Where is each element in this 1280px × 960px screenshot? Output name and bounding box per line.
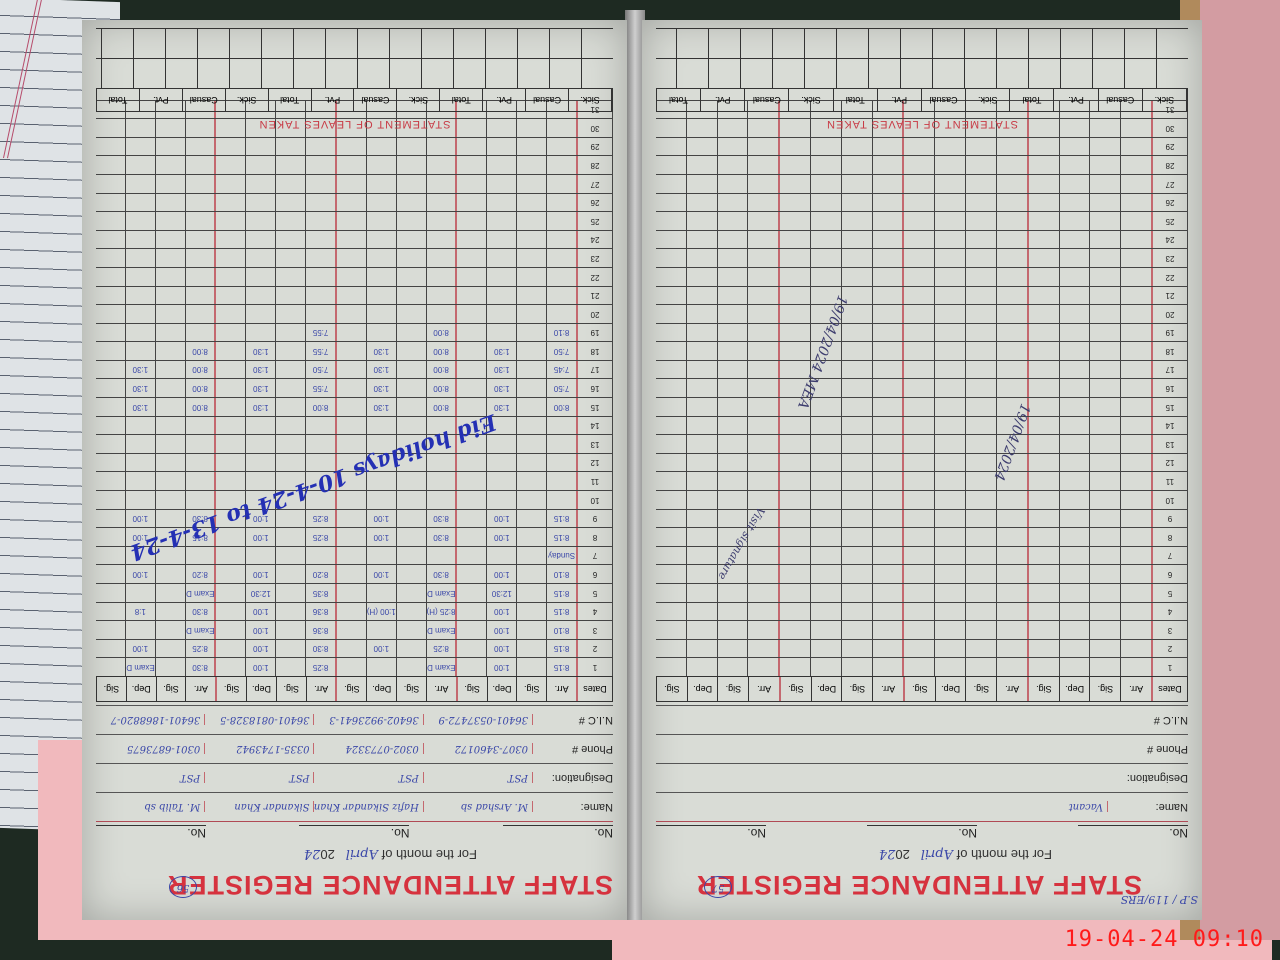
attendance-cell: [126, 491, 156, 509]
attendance-cell: [873, 361, 905, 379]
attendance-cell: [1060, 491, 1091, 509]
register-title: STAFF ATTENDANCE REGISTER: [167, 869, 613, 900]
attendance-cell: [1060, 584, 1091, 602]
attendance-cell: [306, 268, 337, 286]
month-value: April: [921, 846, 953, 861]
attendance-cell: [397, 398, 427, 416]
attendance-cell: [397, 156, 427, 174]
attendance-cell: [397, 640, 427, 658]
attendance-cell: [656, 138, 687, 156]
attendance-cell: [126, 156, 156, 174]
sig-header: Sig.: [458, 677, 488, 701]
table-row: 27: [96, 174, 613, 193]
attendance-cell: 7:55: [306, 380, 337, 398]
attendance-cell: 1:00: [367, 510, 397, 528]
attendance-cell: [458, 268, 488, 286]
attendance-cell: [656, 491, 687, 509]
attendance-cell: 8:00: [186, 380, 217, 398]
attendance-cell: [811, 156, 842, 174]
attendance-cell: [687, 380, 718, 398]
attendance-cell: [780, 528, 811, 546]
table-row: 26: [96, 193, 613, 212]
attendance-cell: 8:00: [186, 361, 217, 379]
attendance-cell: [126, 305, 156, 323]
attendance-cell: [811, 268, 842, 286]
attendance-cell: [246, 156, 276, 174]
register-title: STAFF ATTENDANCE REGISTER: [696, 869, 1142, 900]
attendance-cell: [276, 565, 306, 583]
attendance-cell: [1090, 584, 1121, 602]
attendance-cell: [246, 249, 276, 267]
attendance-cell: [997, 212, 1029, 230]
table-row: 29: [656, 137, 1188, 156]
attendance-cell: 8:00: [427, 361, 458, 379]
attendance-cell: [997, 603, 1029, 621]
date-cell: 21: [1153, 287, 1188, 305]
attendance-cell: [1121, 435, 1153, 453]
attendance-cell: [337, 603, 367, 621]
attendance-cell: [748, 584, 780, 602]
attendance-cell: [811, 658, 842, 676]
attendance-cell: [96, 435, 126, 453]
attendance-cell: [156, 175, 186, 193]
date-cell: 1: [1153, 658, 1188, 676]
attendance-cell: [1029, 305, 1060, 323]
attendance-cell: [217, 342, 247, 360]
attendance-cell: [217, 361, 247, 379]
attendance-cell: [997, 194, 1029, 212]
attendance-cell: Sunday: [547, 547, 578, 565]
attendance-cell: [547, 435, 578, 453]
attendance-cell: [842, 194, 873, 212]
attendance-cell: [1060, 324, 1091, 342]
attendance-cell: [96, 547, 126, 565]
attendance-cell: [1121, 510, 1153, 528]
attendance-cell: [873, 565, 905, 583]
attendance-cell: [96, 621, 126, 639]
attendance-cell: [367, 658, 397, 676]
attendance-cell: [547, 305, 578, 323]
attendance-cell: [780, 156, 811, 174]
attendance-cell: [748, 268, 780, 286]
attendance-cell: [687, 361, 718, 379]
leave-header: Sick.CasualPvt.Total Sick.CasualPvt.Tota…: [96, 88, 613, 112]
grid-header: Dates Arr.Sig.Dep.Sig. Arr.Sig.Dep.Sig. …: [656, 676, 1188, 702]
sig-header: Sig.: [338, 677, 368, 701]
no-label: No.: [96, 825, 206, 840]
attendance-cell: [935, 565, 966, 583]
phone-row: Phone #: [656, 734, 1188, 763]
month-label: For the month of: [957, 847, 1052, 862]
attendance-cell: [156, 287, 186, 305]
table-row: 23: [656, 248, 1188, 267]
attendance-cell: [1090, 603, 1121, 621]
attendance-cell: 1:00: [367, 640, 397, 658]
attendance-cell: [905, 398, 936, 416]
attendance-cell: [842, 324, 873, 342]
date-cell: 22: [1153, 268, 1188, 286]
attendance-cell: [156, 156, 186, 174]
attendance-cell: [873, 435, 905, 453]
dep-header: Dep.: [247, 677, 277, 701]
pvt-header: Pvt.: [701, 89, 745, 111]
attendance-cell: [656, 603, 687, 621]
attendance-cell: [156, 417, 186, 435]
year-value: 24: [879, 846, 896, 861]
table-row: 21: [96, 286, 613, 305]
attendance-cell: 1:30: [126, 380, 156, 398]
attendance-cell: [1090, 175, 1121, 193]
attendance-cell: [337, 491, 367, 509]
attendance-cell: [427, 472, 458, 490]
attendance-cell: [427, 491, 458, 509]
attendance-cell: [905, 491, 936, 509]
date-cell: 23: [1153, 249, 1188, 267]
attendance-cell: [873, 547, 905, 565]
attendance-cell: [306, 138, 337, 156]
attendance-cell: [1060, 454, 1091, 472]
attendance-cell: [905, 565, 936, 583]
attendance-cell: [873, 640, 905, 658]
attendance-cell: 8:30: [427, 528, 458, 546]
attendance-cell: [997, 380, 1029, 398]
attendance-cell: [397, 249, 427, 267]
table-row: 38:101:00Exam Duty8:361:00Exam Duty: [96, 620, 613, 639]
attendance-cell: [397, 361, 427, 379]
sig-header: Sig.: [1091, 677, 1122, 701]
attendance-cell: [276, 454, 306, 472]
month-value: April: [346, 846, 378, 861]
date-cell: 6: [1153, 565, 1188, 583]
arr-header: Arr.: [307, 677, 338, 701]
attendance-cell: [1029, 249, 1060, 267]
attendance-cell: [687, 342, 718, 360]
table-row: 25: [96, 211, 613, 230]
attendance-cell: [842, 361, 873, 379]
attendance-cell: [873, 528, 905, 546]
dep-header: Dep.: [812, 677, 843, 701]
attendance-cell: [96, 287, 126, 305]
attendance-cell: [687, 417, 718, 435]
sick-header: Sick.: [226, 89, 269, 111]
staff-nic: 36401-1868820-7: [96, 715, 205, 726]
attendance-cell: [905, 435, 936, 453]
attendance-cell: [186, 249, 217, 267]
table-row: 20: [656, 304, 1188, 323]
attendance-cell: 1:00 (H): [367, 603, 397, 621]
attendance-cell: [748, 305, 780, 323]
staff-nic: 36401-0818328-5: [205, 715, 314, 726]
date-cell: 13: [578, 435, 613, 453]
casual-header: Casual: [745, 89, 789, 111]
sig-header: Sig.: [967, 677, 998, 701]
attendance-cell: [1060, 268, 1091, 286]
attendance-cell: [156, 305, 186, 323]
attendance-cell: [656, 305, 687, 323]
staff-phone: 0335-1743942: [205, 744, 314, 755]
attendance-cell: 8:35: [306, 584, 337, 602]
attendance-cell: 7:50: [547, 380, 578, 398]
attendance-cell: [246, 417, 276, 435]
attendance-cell: [517, 398, 547, 416]
attendance-cell: [487, 212, 517, 230]
attendance-cell: [246, 175, 276, 193]
attendance-cell: [1029, 435, 1060, 453]
attendance-cell: 1:30: [246, 361, 276, 379]
attendance-cell: [873, 138, 905, 156]
table-row: 13: [656, 434, 1188, 453]
attendance-cell: [246, 305, 276, 323]
attendance-cell: [186, 287, 217, 305]
dep-header: Dep.: [1060, 677, 1091, 701]
no-label: No.: [656, 825, 766, 840]
leave-rows: [96, 28, 613, 88]
attendance-cell: [1121, 584, 1153, 602]
table-row: 22: [656, 267, 1188, 286]
attendance-cell: [1060, 472, 1091, 490]
attendance-cell: [780, 621, 811, 639]
attendance-cell: [997, 305, 1029, 323]
attendance-cell: [687, 658, 718, 676]
attendance-cell: [842, 640, 873, 658]
attendance-cell: 12:30: [246, 584, 276, 602]
attendance-cell: [718, 435, 749, 453]
leave-statement-title: STATEMENT OF LEAVES TAKEN: [642, 118, 1202, 130]
total-header: Total: [1010, 89, 1054, 111]
attendance-cell: [966, 156, 997, 174]
attendance-cell: [276, 287, 306, 305]
attendance-cell: [1090, 472, 1121, 490]
table-row: 15: [656, 397, 1188, 416]
attendance-cell: 1:00: [487, 510, 517, 528]
table-row: 28: [656, 155, 1188, 174]
sig-header: Sig.: [97, 677, 127, 701]
attendance-cell: [367, 212, 397, 230]
date-cell: 14: [1153, 417, 1188, 435]
date-cell: 6: [578, 565, 613, 583]
attendance-cell: [718, 156, 749, 174]
attendance-cell: [427, 249, 458, 267]
attendance-cell: [873, 621, 905, 639]
attendance-cell: [905, 231, 936, 249]
attendance-cell: [997, 268, 1029, 286]
attendance-cell: [780, 565, 811, 583]
attendance-cell: 8:20: [186, 565, 217, 583]
attendance-cell: [748, 380, 780, 398]
attendance-cell: [1090, 510, 1121, 528]
arr-header: Arr.: [427, 677, 458, 701]
attendance-cell: [718, 212, 749, 230]
date-cell: 23: [578, 249, 613, 267]
sig-header: Sig.: [1029, 677, 1060, 701]
attendance-cell: [935, 640, 966, 658]
attendance-cell: [748, 342, 780, 360]
attendance-cell: [337, 231, 367, 249]
attendance-cell: [780, 417, 811, 435]
attendance-cell: [186, 324, 217, 342]
table-row: 28:151:008:251:008:301:008:251:00: [96, 639, 613, 658]
attendance-cell: [1060, 547, 1091, 565]
attendance-cell: [1090, 454, 1121, 472]
attendance-cell: [1060, 249, 1091, 267]
attendance-cell: [997, 621, 1029, 639]
table-row: 24: [96, 230, 613, 249]
table-row: 18:151:00Exam Duty8:251:008:30Exam Duty: [96, 657, 613, 676]
staff-phone: 0301-6873675: [96, 744, 205, 755]
attendance-cell: 8:15: [547, 528, 578, 546]
attendance-cell: [1029, 231, 1060, 249]
attendance-cell: [935, 491, 966, 509]
attendance-cell: [687, 138, 718, 156]
attendance-cell: [966, 324, 997, 342]
attendance-cell: [96, 305, 126, 323]
date-cell: 15: [578, 398, 613, 416]
attendance-cell: [96, 231, 126, 249]
attendance-cell: [337, 324, 367, 342]
attendance-cell: [156, 584, 186, 602]
sig-header: Sig.: [517, 677, 547, 701]
attendance-cell: 8:00: [427, 324, 458, 342]
attendance-cell: 8:15: [547, 584, 578, 602]
attendance-cell: [687, 249, 718, 267]
attendance-cell: [905, 640, 936, 658]
table-row: 48:151:008:25 (H)1:00 (H)8:361:008:301:8: [96, 602, 613, 621]
attendance-cell: [842, 175, 873, 193]
attendance-cell: [186, 305, 217, 323]
attendance-cell: [337, 194, 367, 212]
date-cell: 8: [578, 528, 613, 546]
attendance-cell: [458, 342, 488, 360]
attendance-cell: [718, 138, 749, 156]
attendance-cell: [687, 528, 718, 546]
attendance-cell: 8:30: [186, 603, 217, 621]
attendance-cell: [186, 194, 217, 212]
sig-header: Sig.: [397, 677, 427, 701]
attendance-cell: [935, 138, 966, 156]
attendance-cell: [873, 305, 905, 323]
attendance-cell: [935, 194, 966, 212]
staff-name: Vacant: [995, 802, 1108, 813]
attendance-cell: [1090, 305, 1121, 323]
attendance-cell: [687, 640, 718, 658]
attendance-cell: 8:00: [427, 398, 458, 416]
attendance-cell: [748, 491, 780, 509]
register-page-57: S.P / 119/ERS STAFF ATTENDANCE REGISTER …: [642, 20, 1202, 920]
date-cell: 19: [1153, 324, 1188, 342]
arr-header: Arr.: [749, 677, 781, 701]
attendance-cell: [905, 380, 936, 398]
attendance-cell: [811, 547, 842, 565]
staff-phone: 0302-0773324: [315, 744, 424, 755]
attendance-cell: [1121, 212, 1153, 230]
attendance-cell: [1060, 212, 1091, 230]
attendance-cell: [156, 194, 186, 212]
attendance-cell: [367, 194, 397, 212]
staff-designation: PST: [424, 773, 533, 784]
attendance-cell: [397, 380, 427, 398]
date-cell: 11: [1153, 472, 1188, 490]
attendance-cell: [1060, 565, 1091, 583]
attendance-cell: [276, 342, 306, 360]
attendance-cell: [687, 156, 718, 174]
attendance-cell: [397, 417, 427, 435]
attendance-cell: [276, 361, 306, 379]
attendance-cell: [748, 454, 780, 472]
attendance-cell: [1029, 454, 1060, 472]
attendance-cell: [687, 565, 718, 583]
date-cell: 14: [578, 417, 613, 435]
attendance-cell: [873, 454, 905, 472]
attendance-cell: [96, 175, 126, 193]
attendance-cell: [748, 156, 780, 174]
attendance-cell: [1121, 305, 1153, 323]
attendance-cell: [156, 324, 186, 342]
attendance-cell: [873, 249, 905, 267]
attendance-cell: [1029, 268, 1060, 286]
attendance-cell: [811, 231, 842, 249]
attendance-cell: 1:00: [367, 565, 397, 583]
attendance-cell: [1060, 528, 1091, 546]
attendance-cell: [811, 510, 842, 528]
attendance-cell: [126, 138, 156, 156]
attendance-cell: 1:30: [367, 342, 397, 360]
arr-header: Arr.: [186, 677, 217, 701]
attendance-cell: [935, 398, 966, 416]
attendance-cell: [873, 194, 905, 212]
attendance-cell: [397, 231, 427, 249]
attendance-cell: [427, 547, 458, 565]
attendance-cell: [217, 417, 247, 435]
attendance-cell: [517, 138, 547, 156]
attendance-cell: [517, 249, 547, 267]
name-label: Name:: [533, 801, 613, 813]
attendance-cell: [1060, 231, 1091, 249]
dep-header: Dep.: [488, 677, 518, 701]
month-label: For the month of: [382, 847, 477, 862]
name-row: Name: M. Arshad sb Hafiz Sikandar Khan s…: [96, 792, 613, 821]
attendance-cell: [458, 454, 488, 472]
register-page-56: STAFF ATTENDANCE REGISTER 56 For the mon…: [82, 20, 627, 920]
attendance-cell: [780, 194, 811, 212]
attendance-cell: [156, 491, 186, 509]
attendance-cell: [1029, 361, 1060, 379]
pvt-header: Pvt.: [483, 89, 526, 111]
table-row: 18: [656, 341, 1188, 360]
attendance-cell: [126, 584, 156, 602]
attendance-cell: [748, 640, 780, 658]
attendance-cell: [1090, 491, 1121, 509]
attendance-cell: [905, 584, 936, 602]
table-row: 14: [656, 416, 1188, 435]
attendance-cell: [687, 621, 718, 639]
attendance-cell: [517, 603, 547, 621]
table-row: 24: [656, 230, 1188, 249]
sick-header: Sick.: [1143, 89, 1187, 111]
attendance-cell: [1060, 361, 1091, 379]
attendance-cell: [873, 324, 905, 342]
attendance-cell: [811, 417, 842, 435]
attendance-cell: [397, 491, 427, 509]
attendance-cell: [397, 324, 427, 342]
attendance-cell: [126, 342, 156, 360]
attendance-cell: [458, 380, 488, 398]
attendance-cell: [997, 361, 1029, 379]
attendance-cell: [306, 194, 337, 212]
staff-designation: PST: [96, 773, 205, 784]
casual-header: Casual: [1099, 89, 1143, 111]
attendance-cell: [517, 472, 547, 490]
attendance-cell: [811, 584, 842, 602]
